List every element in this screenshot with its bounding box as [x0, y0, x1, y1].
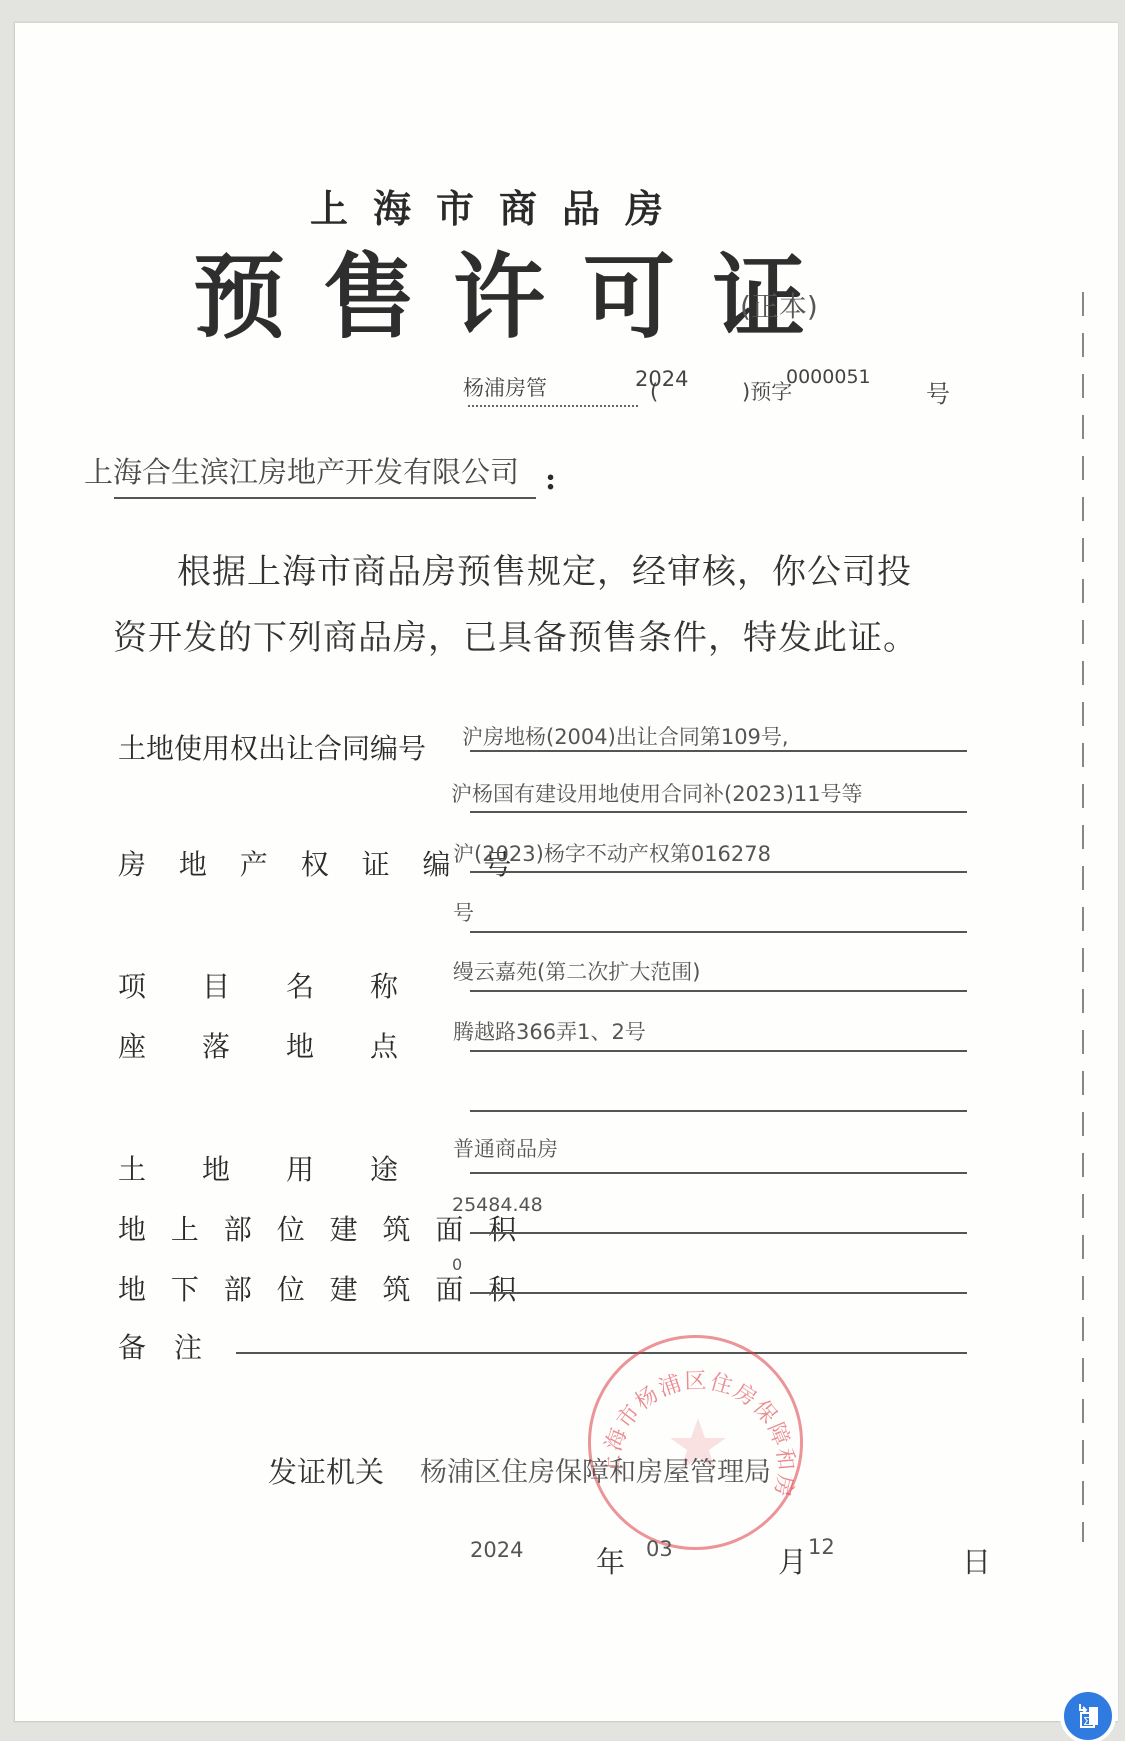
formula-translate-icon: Σ [1073, 1701, 1103, 1731]
date-year-unit: 年 [596, 1540, 625, 1581]
body-line-2: 资开发的下列商品房，已具备预售条件，特发此证。 [113, 610, 918, 659]
project-name-label: 项 目 名 称 [118, 965, 398, 1005]
land-contract-underline-1 [470, 750, 967, 752]
land-use-label: 土 地 用 途 [118, 1148, 398, 1188]
perforation-line [1082, 292, 1084, 1542]
property-cert-underline-1 [470, 871, 967, 873]
date-day: 12 [808, 1535, 835, 1559]
land-use-value: 普通商品房 [453, 1133, 558, 1163]
svg-text:Σ: Σ [1083, 1715, 1090, 1728]
above-ground-area-value: 25484.48 [452, 1194, 543, 1216]
title-line-1: 上海市商品房 [310, 178, 688, 233]
property-cert-value-1: 沪(2023)杨字不动产权第016278 [453, 838, 771, 868]
issuer-label: 发证机关 [268, 1450, 384, 1491]
land-contract-value-1: 沪房地杨(2004)出让合同第109号, [462, 721, 789, 751]
title-suffix: (正本) [740, 285, 818, 325]
location-value: 腾越路366弄1、2号 [453, 1016, 646, 1046]
official-seal: 上海市杨浦区住房保障和房屋管理局 [588, 1335, 803, 1550]
date-month: 03 [646, 1537, 673, 1561]
serial-prefix: 杨浦房管 [463, 372, 547, 402]
below-ground-area-label: 地 下 部 位 建 筑 面 积 [118, 1268, 524, 1308]
formula-translate-button[interactable]: Σ [1060, 1688, 1116, 1741]
land-use-underline [470, 1172, 967, 1174]
above-ground-area-underline [470, 1232, 967, 1234]
recipient-company: 上海合生滨江房地产开发有限公司 [84, 450, 519, 491]
issuer-name: 杨浦区住房保障和房屋管理局 [420, 1450, 771, 1489]
date-day-unit: 日 [962, 1540, 991, 1581]
remarks-label: 备 注 [118, 1326, 202, 1366]
serial-type: )预字 [742, 376, 792, 406]
below-ground-area-underline [470, 1292, 967, 1294]
project-name-value: 缦云嘉苑(第二次扩大范围) [453, 956, 700, 986]
date-month-unit: 月 [778, 1540, 807, 1581]
serial-dotted-line [468, 405, 638, 407]
below-ground-area-value: 0 [452, 1255, 462, 1274]
recipient-underline [114, 497, 536, 499]
seal-star-icon: 上海市杨浦区住房保障和房屋管理局 [591, 1338, 806, 1553]
land-contract-label: 土地使用权出让合同编号 [118, 727, 426, 767]
project-name-underline [470, 990, 967, 992]
land-contract-underline-2 [470, 811, 967, 813]
body-line-1: 根据上海市商品房预售规定，经审核，你公司投 [177, 544, 912, 593]
land-contract-value-2: 沪杨国有建设用地使用合同补(2023)11号等 [451, 778, 863, 808]
serial-open-paren: ( [650, 380, 658, 404]
location-label: 座 落 地 点 [118, 1025, 398, 1065]
property-cert-underline-2 [470, 931, 967, 933]
location-underline [470, 1050, 967, 1052]
serial-suffix: 号 [926, 374, 950, 409]
location-underline-2 [470, 1110, 967, 1112]
recipient-colon: : [545, 462, 556, 497]
serial-number: 0000051 [786, 366, 871, 388]
date-year: 2024 [470, 1538, 523, 1562]
property-cert-value-2: 号 [453, 897, 474, 927]
serial-year: 2024 [635, 367, 688, 391]
